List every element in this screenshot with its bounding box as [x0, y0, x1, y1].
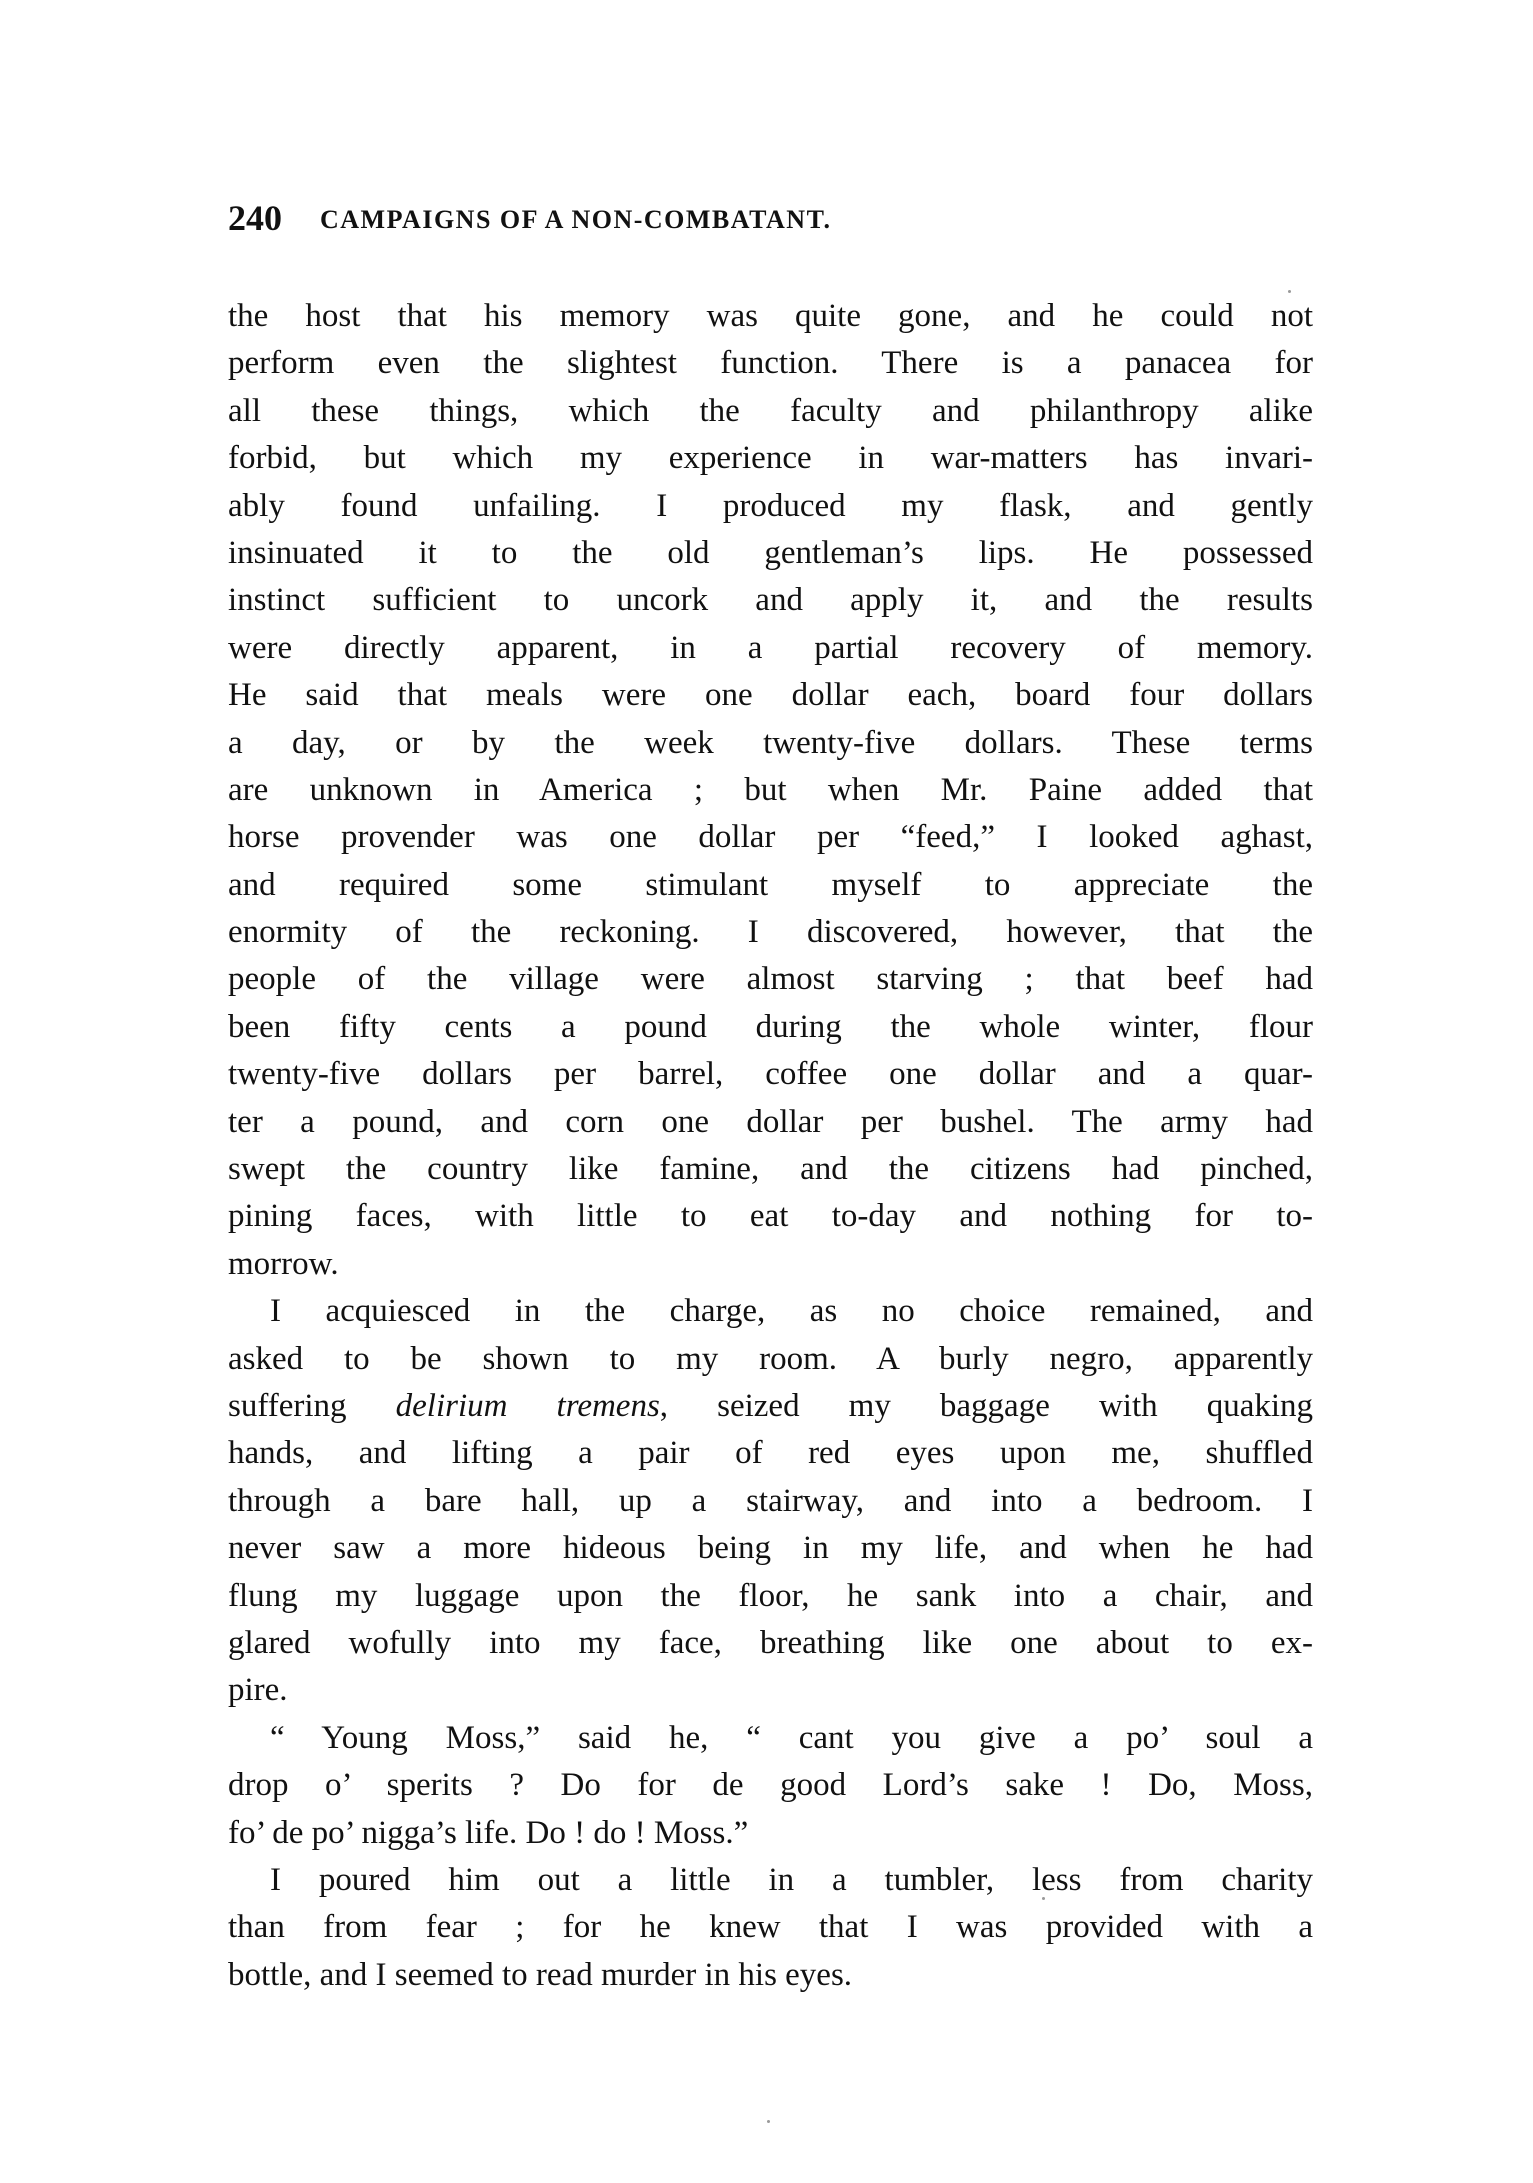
- paragraph-end-line: pire.: [228, 1667, 1313, 1714]
- print-speck: [767, 2120, 770, 2123]
- text-line: the host that his memory was quite gone,…: [228, 293, 1313, 340]
- text-line: than from fear ; for he knew that I was …: [228, 1904, 1313, 1951]
- text-line: instinct sufficient to uncork and apply …: [228, 577, 1313, 624]
- paragraph-start-line: I acquiesced in the charge, as no choice…: [228, 1288, 1313, 1335]
- text-line: enormity of the reckoning. I discovered,…: [228, 909, 1313, 956]
- text-line-with-italic: suffering delirium tremens, seized my ba…: [228, 1383, 1313, 1430]
- text-line: are unknown in America ; but when Mr. Pa…: [228, 767, 1313, 814]
- text-line: twenty-five dollars per barrel, coffee o…: [228, 1051, 1313, 1098]
- text-line: pining faces, with little to eat to-day …: [228, 1193, 1313, 1240]
- paragraph-end-line: bottle, and I seemed to read murder in h…: [228, 1952, 1313, 1999]
- text-line: ter a pound, and corn one dollar per bus…: [228, 1099, 1313, 1146]
- text-line: swept the country like famine, and the c…: [228, 1146, 1313, 1193]
- print-speck: [1288, 290, 1291, 293]
- book-page: 240 CAMPAIGNS OF A NON-COMBATANT. the ho…: [0, 0, 1533, 2183]
- print-speck: [1042, 1897, 1045, 1900]
- text-line: forbid, but which my experience in war-m…: [228, 435, 1313, 482]
- text-line: insinuated it to the old gentleman’s lip…: [228, 530, 1313, 577]
- text-line: perform even the slightest function. The…: [228, 340, 1313, 387]
- paragraph-start-line: I poured him out a little in a tumbler, …: [228, 1857, 1313, 1904]
- text-line: asked to be shown to my room. A burly ne…: [228, 1336, 1313, 1383]
- page-number: 240: [228, 196, 282, 240]
- paragraph-end-line: fo’ de po’ nigga’s life. Do ! do ! Moss.…: [228, 1810, 1313, 1857]
- running-head: 240 CAMPAIGNS OF A NON-COMBATANT.: [228, 196, 1313, 240]
- paragraph-end-line: morrow.: [228, 1241, 1313, 1288]
- text-line: never saw a more hideous being in my lif…: [228, 1525, 1313, 1572]
- text-line: flung my luggage upon the floor, he sank…: [228, 1573, 1313, 1620]
- text-line: through a bare hall, up a stairway, and …: [228, 1478, 1313, 1525]
- text-line: He said that meals were one dollar each,…: [228, 672, 1313, 719]
- text-line: all these things, which the faculty and …: [228, 388, 1313, 435]
- italic-phrase: delirium tremens: [396, 1388, 660, 1424]
- text-segment: suffering: [228, 1388, 396, 1424]
- text-line: people of the village were almost starvi…: [228, 956, 1313, 1003]
- text-line: ably found unfailing. I produced my flas…: [228, 483, 1313, 530]
- text-line: and required some stimulant myself to ap…: [228, 862, 1313, 909]
- text-segment: , seized my baggage with quaking: [660, 1388, 1313, 1424]
- text-line: drop o’ sperits ? Do for de good Lord’s …: [228, 1762, 1313, 1809]
- paragraph-start-line: “ Young Moss,” said he, “ cant you give …: [228, 1715, 1313, 1762]
- text-line: a day, or by the week twenty-five dollar…: [228, 720, 1313, 767]
- running-title: CAMPAIGNS OF A NON-COMBATANT.: [320, 200, 832, 240]
- text-line: been fifty cents a pound during the whol…: [228, 1004, 1313, 1051]
- text-line: hands, and lifting a pair of red eyes up…: [228, 1430, 1313, 1477]
- text-line: were directly apparent, in a partial rec…: [228, 625, 1313, 672]
- text-line: horse provender was one dollar per “feed…: [228, 814, 1313, 861]
- text-line: glared wofully into my face, breathing l…: [228, 1620, 1313, 1667]
- body-text: the host that his memory was quite gone,…: [228, 293, 1313, 1999]
